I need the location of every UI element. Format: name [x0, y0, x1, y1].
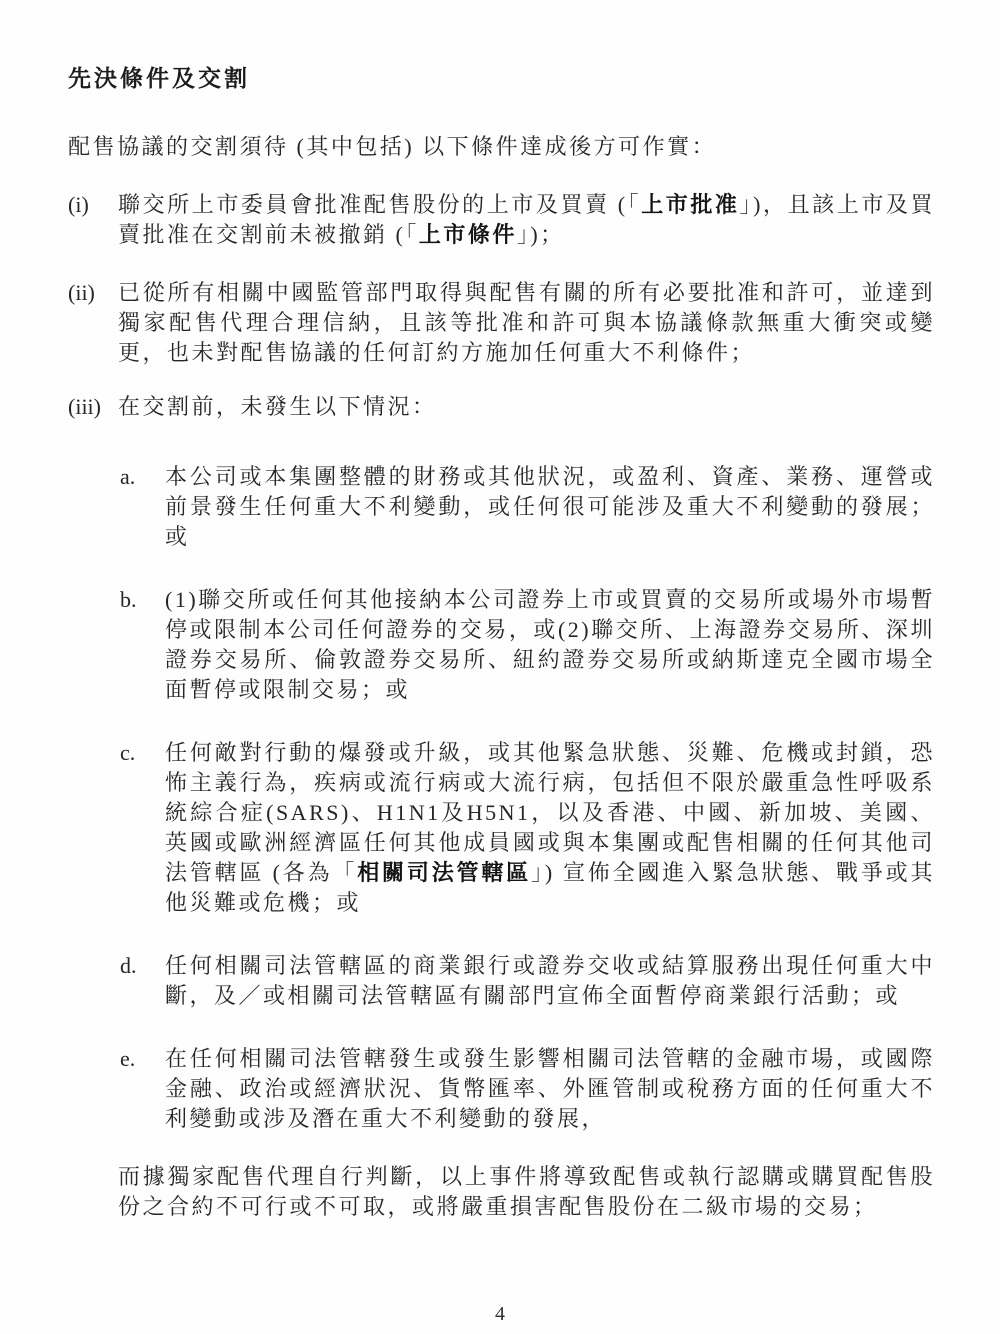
list-item-i: (i) 聯交所上市委員會批准配售股份的上市及買賣 (「上市批准」)，且該上市及買…	[68, 190, 935, 250]
sub-marker-c: c.	[120, 738, 135, 768]
defined-term-relevant-jurisdiction: 相關司法管轄區	[357, 860, 531, 885]
intro-paragraph: 配售協議的交割須待 (其中包括) 以下條件達成後方可作實：	[68, 132, 935, 162]
text-segment: 在交割前，未發生以下情況：	[118, 394, 437, 419]
sub-marker-d: d.	[120, 951, 137, 981]
text-segment: 任何相關司法管轄區的商業銀行或證券交收或結算服務出現任何重大中斷，及／或相關司法…	[165, 953, 935, 1008]
sub-item-e-text: 在任何相關司法管轄發生或發生影響相關司法管轄的金融市場，或國際金融、政治或經濟狀…	[165, 1044, 935, 1134]
sub-item-b-text: (1)聯交所或任何其他接納本公司證券上市或買賣的交易所或場外市場暫停或限制本公司…	[165, 585, 935, 705]
list-marker-ii: (ii)	[68, 278, 95, 308]
text-segment: (1)聯交所或任何其他接納本公司證券上市或買賣的交易所或場外市場暫停或限制本公司…	[165, 587, 935, 702]
sub-marker-b: b.	[120, 585, 137, 615]
page-footer: 4	[0, 1302, 1000, 1326]
defined-term-listing-condition: 上市條件	[419, 222, 517, 247]
list-item-ii: (ii) 已從所有相關中國監管部門取得與配售有關的所有必要批准和許可，並達到獨家…	[68, 278, 935, 368]
list-item-iii: (iii) 在交割前，未發生以下情況： a. 本公司或本集團整體的財務或其他狀況…	[68, 392, 935, 1222]
list-marker-i: (i)	[68, 190, 89, 220]
sub-marker-a: a.	[120, 462, 135, 492]
section-heading: 先決條件及交割	[68, 62, 935, 94]
list-item-iii-text: 在交割前，未發生以下情況：	[118, 392, 935, 422]
defined-term-listing-approval: 上市批准	[641, 192, 739, 217]
sub-item-d: d. 任何相關司法管轄區的商業銀行或證券交收或結算服務出現任何重大中斷，及／或相…	[118, 951, 935, 1011]
sub-marker-e: e.	[120, 1044, 135, 1074]
closing-paragraph: 而據獨家配售代理自行判斷，以上事件將導致配售或執行認購或購買配售股份之合約不可行…	[118, 1162, 935, 1222]
sub-item-e: e. 在任何相關司法管轄發生或發生影響相關司法管轄的金融市場，或國際金融、政治或…	[118, 1044, 935, 1134]
text-segment: 聯交所上市委員會批准配售股份的上市及買賣 (「	[118, 192, 641, 217]
document-page: 先決條件及交割 配售協議的交割須待 (其中包括) 以下條件達成後方可作實： (i…	[0, 0, 1000, 1334]
text-segment: 在任何相關司法管轄發生或發生影響相關司法管轄的金融市場，或國際金融、政治或經濟狀…	[165, 1046, 935, 1131]
text-segment: 而據獨家配售代理自行判斷，以上事件將導致配售或執行認購或購買配售股份之合約不可行…	[118, 1164, 935, 1219]
sub-item-b: b. (1)聯交所或任何其他接納本公司證券上市或買賣的交易所或場外市場暫停或限制…	[118, 585, 935, 705]
text-segment: 本公司或本集團整體的財務或其他狀況，或盈利、資產、業務、運營或前景發生任何重大不…	[165, 464, 935, 549]
text-segment: 已從所有相關中國監管部門取得與配售有關的所有必要批准和許可，並達到獨家配售代理合…	[118, 280, 935, 365]
sub-item-a: a. 本公司或本集團整體的財務或其他狀況，或盈利、資產、業務、運營或前景發生任何…	[118, 462, 935, 552]
text-segment: 」)；	[517, 222, 565, 247]
sub-item-c: c. 任何敵對行動的爆發或升級，或其他緊急狀態、災難、危機或封鎖，恐怖主義行為，…	[118, 738, 935, 918]
list-marker-iii: (iii)	[68, 392, 101, 422]
sub-item-d-text: 任何相關司法管轄區的商業銀行或證券交收或結算服務出現任何重大中斷，及／或相關司法…	[165, 951, 935, 1011]
sub-item-a-text: 本公司或本集團整體的財務或其他狀況，或盈利、資產、業務、運營或前景發生任何重大不…	[165, 462, 935, 552]
sub-item-c-text: 任何敵對行動的爆發或升級，或其他緊急狀態、災難、危機或封鎖，恐怖主義行為，疾病或…	[165, 738, 935, 918]
list-item-i-text: 聯交所上市委員會批准配售股份的上市及買賣 (「上市批准」)，且該上市及買賣批准在…	[118, 190, 935, 250]
list-item-ii-text: 已從所有相關中國監管部門取得與配售有關的所有必要批准和許可，並達到獨家配售代理合…	[118, 278, 935, 368]
page-number: 4	[495, 1303, 505, 1325]
